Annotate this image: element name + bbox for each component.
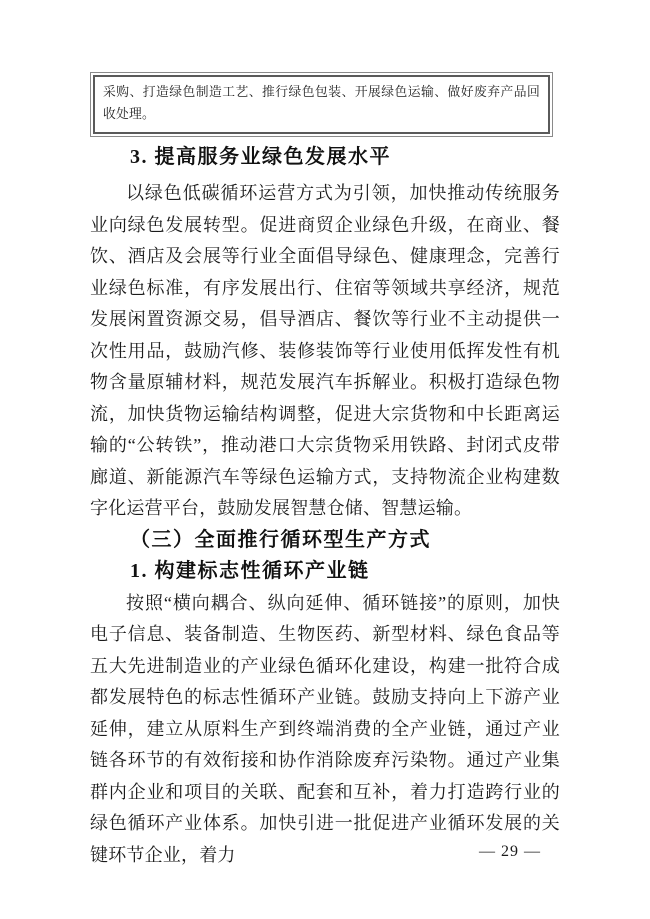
document-content: 3. 提高服务业绿色发展水平 以绿色低碳循环运营方式为引领，加快推动传统服务业向… [90,142,560,871]
notice-text: 采购、打造绿色制造工艺、推行绿色包装、开展绿色运输、做好废弃产品回收处理。 [103,81,540,125]
paragraph-circular-chain: 按照“横向耦合、纵向延伸、循环链接”的原则，加快电子信息、装备制造、生物医药、新… [90,588,560,872]
paragraph-service-level: 以绿色低碳循环运营方式为引领，加快推动传统服务业向绿色发展转型。促进商贸企业绿色… [90,178,560,525]
document-page: 采购、打造绿色制造工艺、推行绿色包装、开展绿色运输、做好废弃产品回收处理。 3.… [0,0,650,919]
page-number: — 29 — [455,843,565,861]
notice-box-inner: 采购、打造绿色制造工艺、推行绿色包装、开展绿色运输、做好废弃产品回收处理。 [93,75,550,134]
heading-service-level: 3. 提高服务业绿色发展水平 [90,142,560,172]
heading-part-three: （三）全面推行循环型生产方式 [90,525,560,557]
heading-circular-chain: 1. 构建标志性循环产业链 [90,556,560,588]
notice-box: 采购、打造绿色制造工艺、推行绿色包装、开展绿色运输、做好废弃产品回收处理。 [90,72,553,137]
